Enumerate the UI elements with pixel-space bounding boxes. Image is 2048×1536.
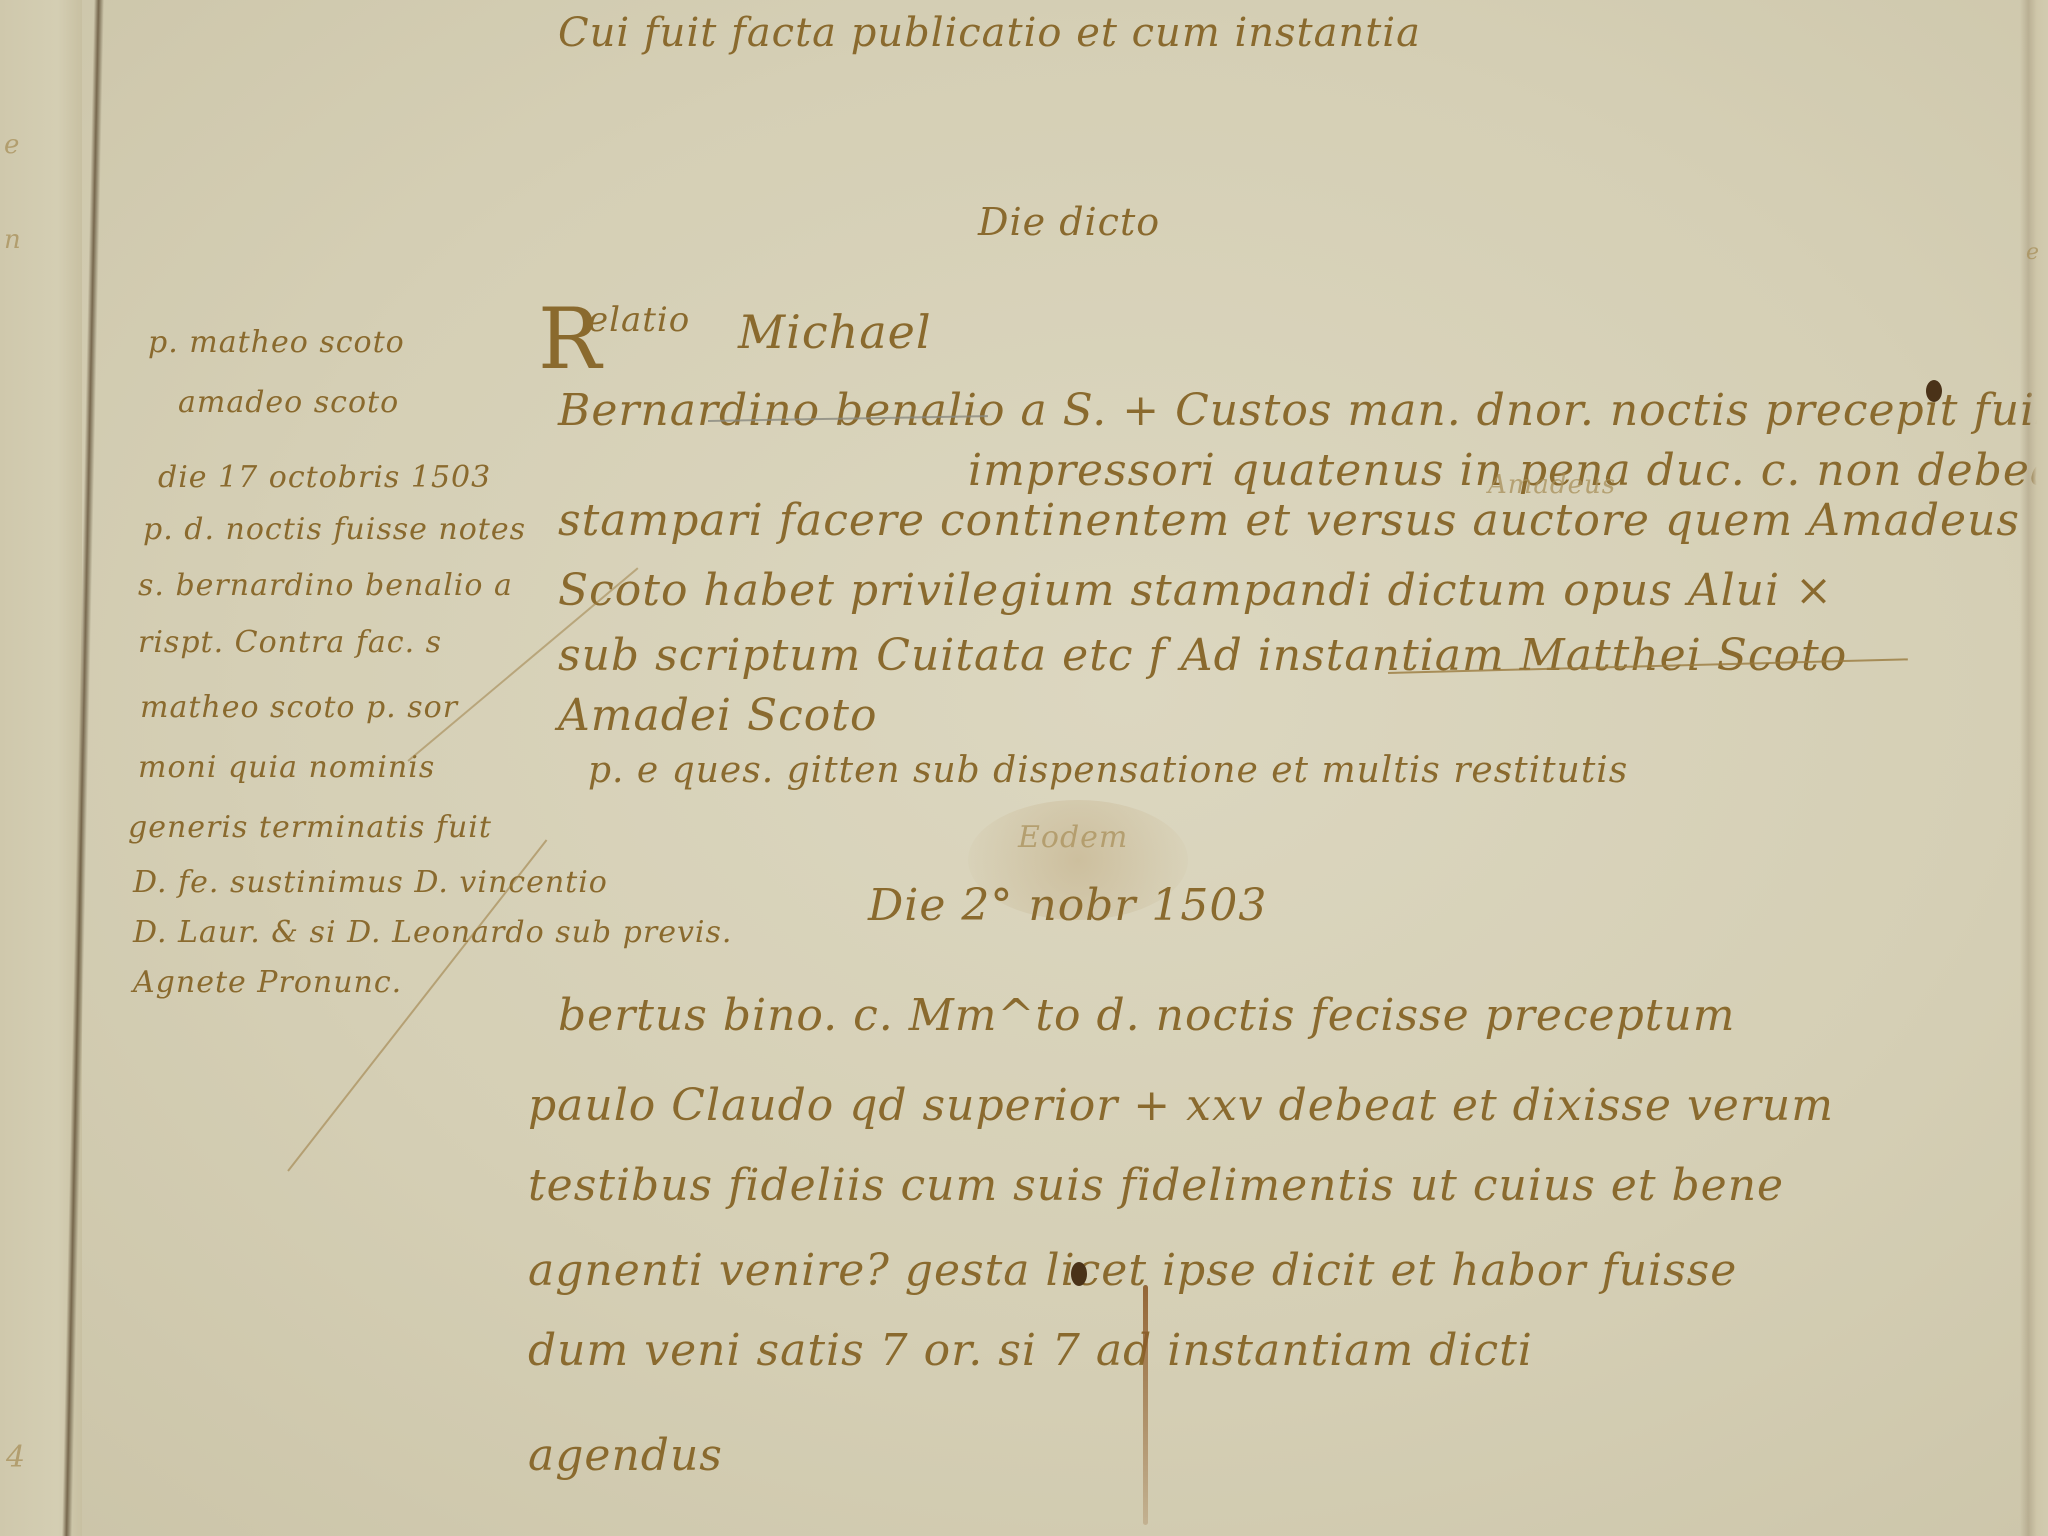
entry-line: p. e ques. gitten sub dispensatione et m… <box>588 750 1628 791</box>
entry-line: stampari facere continentem et versus au… <box>558 495 2020 546</box>
margin-note: D. Laur. & si D. Leonardo sub previs. <box>133 915 732 950</box>
right-page-fragment: e <box>2026 240 2040 265</box>
entry-line: Bernardino benalio a S. + Custos man. dn… <box>558 385 2048 436</box>
left-page-fragment: e <box>4 130 20 160</box>
margin-note: moni quia nominis <box>138 750 435 785</box>
date-heading: Die dicto <box>978 200 1160 244</box>
entry-line: dum veni satis 7 or. si 7 ad instantiam … <box>528 1325 1533 1376</box>
page-right-edge: e <box>2020 0 2048 1536</box>
entry-line: testibus fideliis cum suis fidelimentis … <box>528 1160 1784 1211</box>
ink-blot <box>1926 380 1942 402</box>
ink-drip-stain <box>1143 1285 1148 1525</box>
left-page-fragment: n <box>4 225 22 255</box>
margin-note: die 17 octobris 1503 <box>158 460 491 495</box>
margin-note: Agnete Pronunc. <box>133 965 402 1000</box>
inserted-word: Amadeus <box>1488 470 1616 500</box>
entry-line: Amadei Scoto <box>558 690 877 741</box>
initial-rest: elatio <box>588 300 690 340</box>
header-line: Cui fuit facta publicatio et cum instant… <box>558 10 1421 56</box>
margin-note: amadeo scoto <box>178 385 399 420</box>
entry-line: sub scriptum Cuitata etc f Ad instantiam… <box>558 630 1847 681</box>
name-line: Michael <box>738 305 932 359</box>
margin-note: generis terminatis fuit <box>128 810 492 845</box>
margin-note: D. fe. sustinimus D. vincentio <box>133 865 608 900</box>
entry-line: agnenti venire? gesta licet ipse dicit e… <box>528 1245 1737 1296</box>
manuscript-page: Cui fuit facta publicatio et cum instant… <box>88 0 2048 1536</box>
date-line: Die 2° nobr 1503 <box>868 880 1267 931</box>
manuscript-photo: e n 4 Cui fuit facta publicatio et cum i… <box>0 0 2048 1536</box>
margin-note: s. bernardino benalio a <box>138 568 513 603</box>
margin-note: p. matheo scoto <box>148 325 405 360</box>
ink-blot <box>1071 1262 1087 1286</box>
entry-line: Scoto habet privilegium stampandi dictum… <box>558 565 1833 616</box>
entry-line: bertus bino. c. Mm^to d. noctis fecisse … <box>558 990 1736 1041</box>
entry-line: paulo Claudo qd superior + xxv debeat et… <box>528 1080 1834 1131</box>
margin-note: p. d. noctis fuisse notes <box>143 512 526 547</box>
left-page-fragment: 4 <box>6 1440 26 1475</box>
margin-note: matheo scoto p. sor <box>140 690 458 725</box>
entry-line: agendus <box>528 1430 723 1481</box>
margin-note: rispt. Contra fac. s <box>138 625 442 660</box>
